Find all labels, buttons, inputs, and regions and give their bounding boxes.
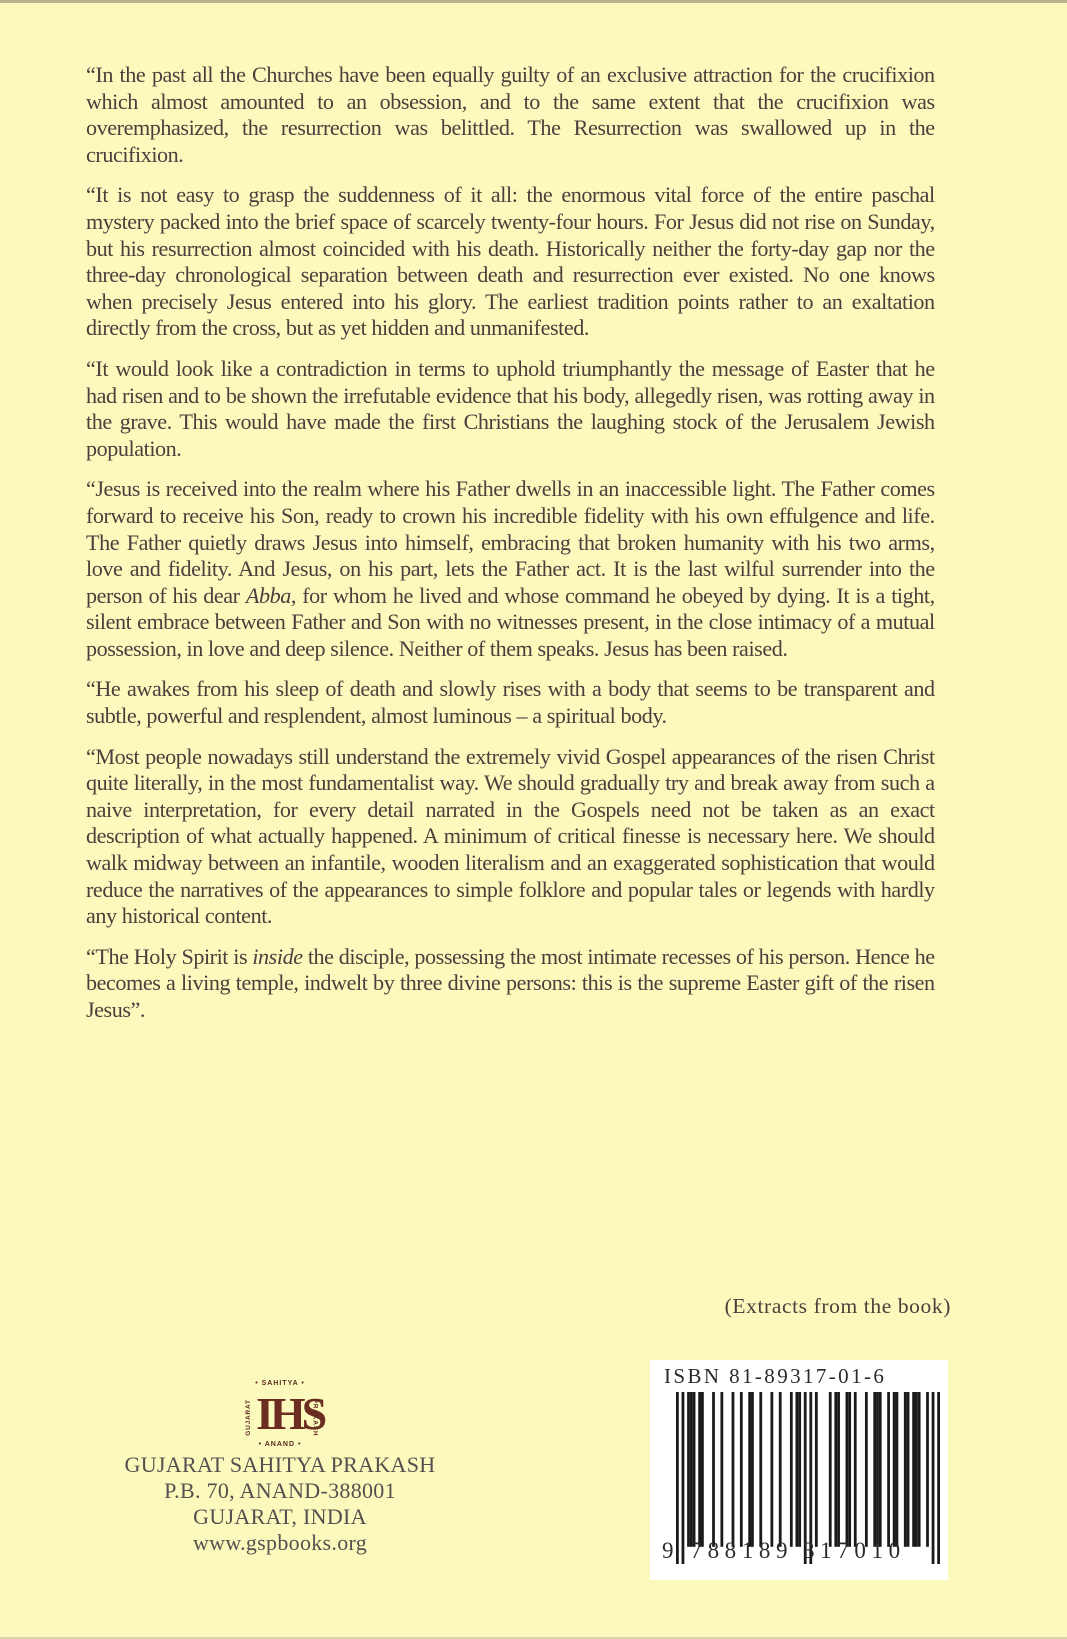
- isbn-label: ISBN 81-89317-01-6: [664, 1364, 886, 1389]
- extract-paragraph-5: “He awakes from his sleep of death and s…: [86, 676, 935, 729]
- extract-7-italic: inside: [252, 944, 302, 969]
- logo-ring-top: • SAHITYA •: [244, 1380, 316, 1387]
- publisher-name: GUJARAT SAHITYA PRAKASH: [110, 1452, 450, 1478]
- extract-paragraph-2: “It is not easy to grasp the suddenness …: [86, 182, 935, 342]
- ean-digits: 9 788189317010: [662, 1538, 942, 1564]
- logo-ring-bottom: • ANAND •: [244, 1441, 316, 1448]
- extract-paragraph-4: “Jesus is received into the realm where …: [86, 476, 935, 662]
- extracts-text-block: “In the past all the Churches have been …: [86, 62, 952, 1038]
- ean-right-group: 317010: [803, 1538, 906, 1563]
- ean-first-digit: 9: [662, 1538, 679, 1563]
- publisher-block: • SAHITYA • GUJARAT IHS PRAKASH • ANAND …: [110, 1380, 450, 1556]
- extract-paragraph-1: “In the past all the Churches have been …: [86, 62, 935, 168]
- publisher-website: www.gspbooks.org: [110, 1530, 450, 1556]
- ean-left-group: 788189: [690, 1538, 793, 1563]
- extract-paragraph-7: “The Holy Spirit is inside the disciple,…: [86, 944, 935, 1024]
- extract-paragraph-3: “It would look like a contradiction in t…: [86, 356, 935, 462]
- publisher-logo-icon: • SAHITYA • GUJARAT IHS PRAKASH • ANAND …: [244, 1380, 316, 1448]
- extract-paragraph-6: “Most people nowadays still understand t…: [86, 744, 935, 930]
- page-top-edge: [0, 0, 1067, 3]
- logo-ring-left: GUJARAT: [245, 1399, 252, 1436]
- extract-7-before: “The Holy Spirit is: [86, 944, 252, 969]
- publisher-address-line2: GUJARAT, INDIA: [110, 1504, 450, 1530]
- barcode-panel: ISBN 81-89317-01-6 9 788189317010: [650, 1360, 948, 1580]
- logo-monogram: IHS: [256, 1388, 304, 1440]
- extract-4-italic: Abba: [246, 583, 291, 608]
- logo-ring-right: PRAKASH: [312, 1399, 319, 1437]
- publisher-address-line1: P.B. 70, ANAND-388001: [110, 1478, 450, 1504]
- attribution: (Extracts from the book): [725, 1294, 951, 1319]
